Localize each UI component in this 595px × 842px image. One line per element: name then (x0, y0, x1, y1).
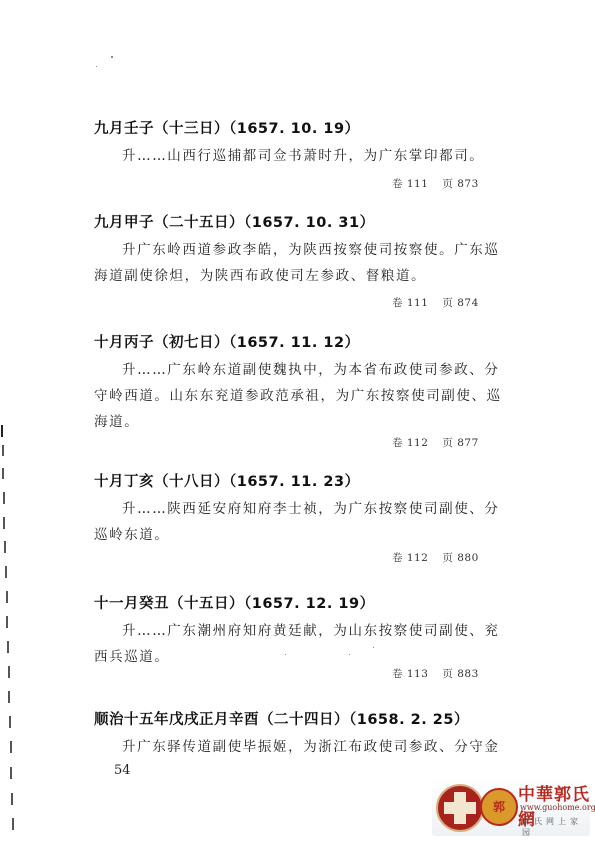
margin-mark (2, 445, 4, 456)
scan-speck (96, 66, 97, 67)
watermark-slogan: 郭氏网上家园 (522, 816, 590, 838)
citation-page: 页 883 (442, 668, 478, 680)
watermark-logo: 郭 中華郭氏網 www.guohome.org 郭氏网上家园 (432, 778, 590, 836)
margin-mark (8, 691, 10, 703)
margin-mark (12, 818, 14, 830)
scan-speck (373, 647, 374, 648)
margin-mark (4, 541, 6, 553)
margin-mark (6, 616, 8, 628)
margin-mark (10, 741, 12, 753)
entry-text-line: 升……陕西延安府知府李士祯，为广东按察使司副使、分 (122, 497, 500, 517)
citation-volume: 卷 111 (392, 297, 428, 309)
margin-mark (10, 767, 12, 779)
citation-volume: 卷 113 (392, 668, 428, 680)
margin-mark (5, 566, 7, 578)
entry-text-line: 升……广东岭东道副使魏执中，为本省布政使司参政、分 (122, 358, 500, 378)
margin-mark (9, 716, 11, 728)
citation-page: 页 877 (442, 437, 478, 449)
citation: 卷 111页 874 (392, 295, 493, 310)
document-page: 九月壬子（十三日）（1657. 10. 19） 升……山西行巡捕都司佥书萧时升，… (0, 0, 595, 842)
margin-mark (3, 517, 5, 529)
citation: 卷 113页 883 (392, 666, 493, 681)
citation: 卷 111页 873 (392, 176, 493, 191)
margin-mark (11, 793, 13, 805)
entry-heading: 九月壬子（十三日）（1657. 10. 19） (94, 117, 360, 138)
margin-mark (6, 591, 8, 603)
margin-mark (8, 666, 10, 678)
entry-heading: 顺治十五年戊戌正月辛酉（二十四日）（1658. 2. 25） (94, 708, 469, 729)
citation-page: 页 873 (442, 178, 478, 190)
watermark-url: www.guohome.org (520, 803, 595, 812)
entry-text-line: 巡岭东道。 (94, 523, 170, 543)
entry-heading: 十一月癸丑（十五日）（1657. 12. 19） (94, 592, 375, 613)
citation-volume: 卷 111 (392, 178, 428, 190)
margin-mark (2, 468, 4, 479)
page-number: 54 (114, 763, 131, 778)
chinese-knot-icon (436, 784, 484, 832)
citation-volume: 卷 112 (392, 552, 428, 564)
margin-mark (7, 641, 9, 653)
margin-mark (1, 425, 3, 437)
entry-text-line: 海道。 (94, 410, 139, 430)
entry-heading: 九月甲子（二十五日）（1657. 10. 31） (94, 211, 375, 232)
entry-text-line: 海道副使徐炟，为陕西布政使司左参政、督粮道。 (94, 264, 426, 284)
entry-text-line: 升……广东潮州府知府黄廷献，为山东按察使司副使、兖 (122, 619, 500, 639)
margin-mark (3, 492, 5, 504)
scan-speck (349, 654, 350, 655)
entry-heading: 十月丁亥（十八日）（1657. 11. 23） (94, 470, 360, 491)
citation: 卷 112页 877 (392, 435, 493, 450)
scan-speck (111, 56, 113, 58)
entry-heading: 十月丙子（初七日）（1657. 11. 12） (94, 331, 360, 352)
entry-text-line: 守岭西道。山东东兖道参政范承祖，为广东按察使司副使、巡 (94, 384, 502, 404)
entry-text-line: 升广东岭西道参政李皓，为陕西按察使司按察使。广东巡 (122, 238, 500, 258)
entry-text-line: 西兵巡道。 (94, 645, 170, 665)
entry-text-line: 升广东驿传道副使毕振姬，为浙江布政使司参政、分守金 (122, 735, 500, 755)
seal-icon: 郭 (480, 788, 518, 826)
citation: 卷 112页 880 (392, 550, 493, 565)
citation-volume: 卷 112 (392, 437, 428, 449)
citation-page: 页 880 (442, 552, 478, 564)
citation-page: 页 874 (442, 297, 478, 309)
entry-text-line: 升……山西行巡捕都司佥书萧时升，为广东掌印都司。 (122, 144, 484, 164)
scan-speck (285, 654, 286, 655)
